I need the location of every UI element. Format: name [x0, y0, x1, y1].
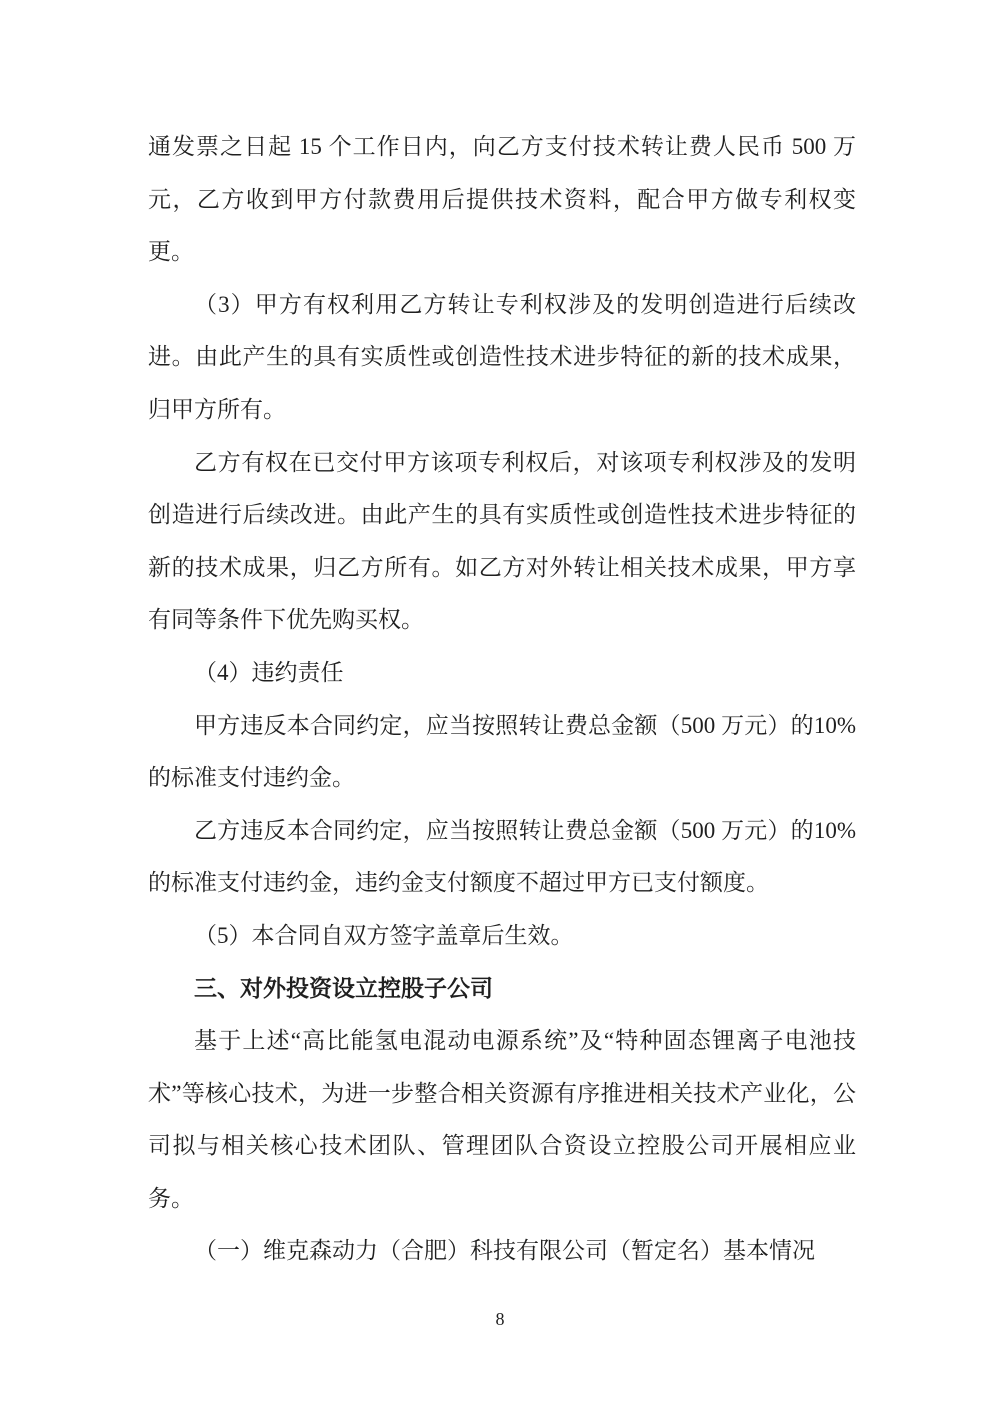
paragraph-clause-5: （5）本合同自双方签字盖章后生效。 [148, 910, 856, 963]
paragraph-party-a-breach: 甲方违反本合同约定，应当按照转让费总金额（500 万元）的10%的标准支付违约金… [148, 700, 856, 805]
section-heading-investment: 三、对外投资设立控股子公司 [148, 963, 856, 1016]
paragraph-payment-continuation: 通发票之日起 15 个工作日内，向乙方支付技术转让费人民币 500 万元，乙方收… [148, 121, 856, 279]
document-page: 通发票之日起 15 个工作日内，向乙方支付技术转让费人民币 500 万元，乙方收… [0, 0, 1000, 1414]
paragraph-investment-intro: 基于上述“高比能氢电混动电源系统”及“特种固态锂离子电池技术”等核心技术，为进一… [148, 1015, 856, 1225]
page-number: 8 [0, 1306, 1000, 1332]
paragraph-party-b-improvement: 乙方有权在已交付甲方该项专利权后，对该项专利权涉及的发明创造进行后续改进。由此产… [148, 437, 856, 647]
paragraph-clause-4-title: （4）违约责任 [148, 647, 856, 700]
paragraph-clause-3: （3）甲方有权利用乙方转让专利权涉及的发明创造进行后续改进。由此产生的具有实质性… [148, 279, 856, 437]
subsection-heading-company-basic-info: （一）维克森动力（合肥）科技有限公司（暂定名）基本情况 [148, 1225, 856, 1278]
paragraph-party-b-breach: 乙方违反本合同约定，应当按照转让费总金额（500 万元）的10%的标准支付违约金… [148, 805, 856, 910]
document-body: 通发票之日起 15 个工作日内，向乙方支付技术转让费人民币 500 万元，乙方收… [148, 121, 856, 1278]
